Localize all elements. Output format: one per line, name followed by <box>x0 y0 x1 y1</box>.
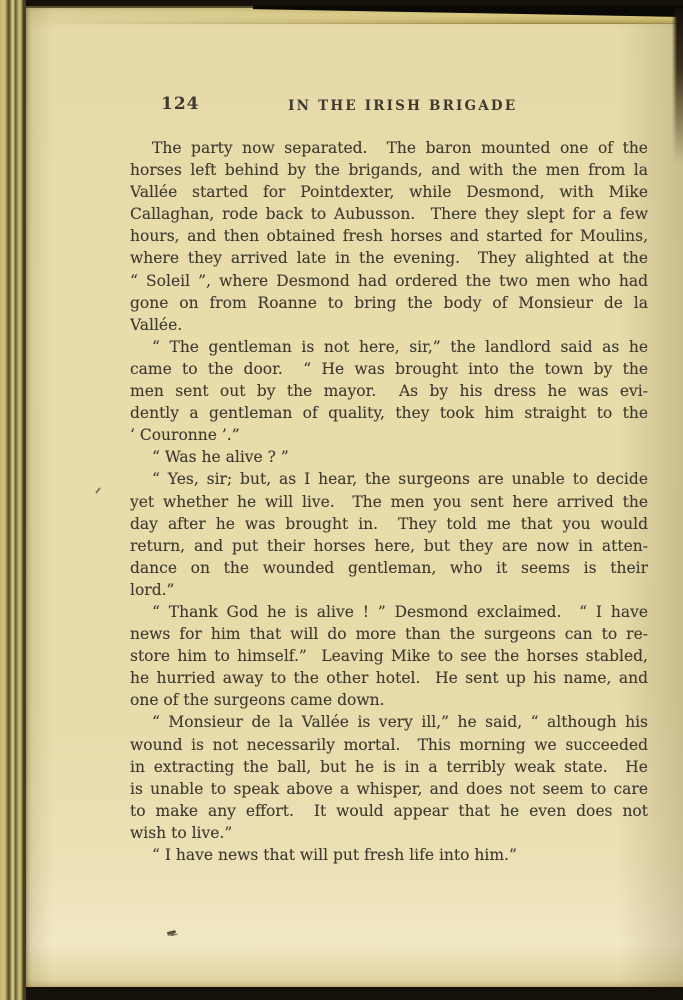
text-line: in extracting the ball, but he is in a t… <box>130 756 648 778</box>
text-line: The party now separated. The baron mount… <box>130 137 648 159</box>
text-line: “ Was he alive ? ” <box>130 446 648 468</box>
text-line: “ Soleil ”, where Desmond had ordered th… <box>130 270 648 292</box>
page-header: 124 IN THE IRISH BRIGADE <box>130 94 648 118</box>
text-line: ‘ Couronne ’.” <box>130 424 648 446</box>
text-line: wound is not necessarily mortal. This mo… <box>130 734 648 756</box>
text-line: dently a gentleman of quality, they took… <box>130 402 648 424</box>
running-title: IN THE IRISH BRIGADE <box>288 98 517 114</box>
page-number: 124 <box>161 94 200 114</box>
pencil-tick-mark <box>95 487 101 494</box>
text-line: Vallée. <box>130 314 648 336</box>
text-line: wish to live.” <box>130 822 648 844</box>
text-line: is unable to speak above a whisper, and … <box>130 778 648 800</box>
text-line: dance on the wounded gentleman, who it s… <box>130 557 648 579</box>
page-right-edge-shadow <box>672 8 683 163</box>
book-binding-page-edges <box>0 0 26 1000</box>
text-line: came to the door. “ He was brought into … <box>130 358 648 380</box>
text-line: gone on from Roanne to bring the body of… <box>130 292 648 314</box>
text-line: “ Monsieur de la Vallée is very ill,” he… <box>130 711 648 733</box>
text-line: “ Thank God he is alive ! ” Desmond excl… <box>130 601 648 623</box>
text-line: “ I have news that will put fresh life i… <box>130 844 648 866</box>
text-line: day after he was brought in. They told m… <box>130 513 648 535</box>
text-line: news for him that will do more than the … <box>130 623 648 645</box>
text-line: where they arrived late in the evening. … <box>130 247 648 269</box>
text-line: hours, and then obtained fresh horses an… <box>130 225 648 247</box>
text-line: store him to himself.” Leaving Mike to s… <box>130 645 648 667</box>
text-line: Callaghan, rode back to Aubusson. There … <box>130 203 648 225</box>
text-line: “ Yes, sir; but, as I hear, the surgeons… <box>130 468 648 490</box>
page-content: 124 IN THE IRISH BRIGADE The party now s… <box>130 94 648 866</box>
ink-smudge-mark <box>167 930 176 935</box>
text-line: “ The gentleman is not here, sir,” the l… <box>130 336 648 358</box>
text-line: men sent out by the mayor. As by his dre… <box>130 380 648 402</box>
text-line: one of the surgeons came down. <box>130 689 648 711</box>
text-block: The party now separated. The baron mount… <box>130 137 648 866</box>
text-line: Vallée started for Pointdexter, while De… <box>130 181 648 203</box>
text-line: lord.” <box>130 579 648 601</box>
text-line: he hurried away to the other hotel. He s… <box>130 667 648 689</box>
book-page: 124 IN THE IRISH BRIGADE The party now s… <box>26 6 683 987</box>
text-line: horses left behind by the brigands, and … <box>130 159 648 181</box>
book-scan: 124 IN THE IRISH BRIGADE The party now s… <box>0 0 683 1000</box>
text-line: return, and put their horses here, but t… <box>130 535 648 557</box>
text-line: to make any effort. It would appear that… <box>130 800 648 822</box>
text-line: yet whether he will live. The men you se… <box>130 491 648 513</box>
